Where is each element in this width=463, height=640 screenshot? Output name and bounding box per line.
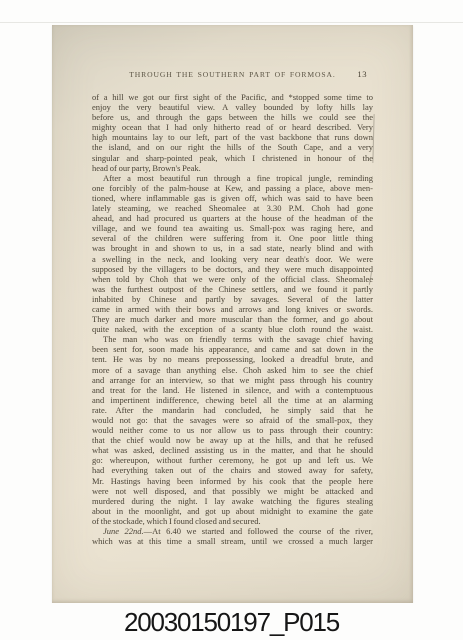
text-line: After a most beautiful run through a fin… (92, 173, 373, 183)
text-line: They are much darker and more muscular t… (92, 314, 373, 324)
book-page: THROUGH THE SOUTHERN PART OF FORMOSA. 13… (52, 25, 413, 603)
text-line: one forcibly of the palm-house at Kew, a… (92, 183, 373, 193)
text-line: enjoy the very beautiful view. A valley … (92, 102, 373, 112)
text-line: supposed by the villagers to be doctors,… (92, 264, 373, 274)
text-line: quite naked, with the exception of a sca… (92, 324, 373, 334)
text-line: Mr. Hastings having been informed by his… (92, 476, 373, 486)
text-line: had everything taken out of the chairs a… (92, 465, 373, 475)
text-line: more of a savage than anything else. Cho… (92, 365, 373, 375)
text-line: came in armed with their bows and arrows… (92, 304, 373, 314)
archive-label-text: 20030150197_P015 (124, 607, 339, 638)
text-line: singular and sharp-pointed peak, which I… (92, 153, 373, 163)
text-line: mighty ocean that I had only hitherto re… (92, 122, 373, 132)
text-line: several of the children were suffering f… (92, 233, 373, 243)
text-line: about in the moonlight, and got up about… (92, 506, 373, 516)
page-number: 13 (357, 69, 367, 79)
margin-pencil-mark (372, 114, 375, 163)
text-line: been sent for, soon made his appearance,… (92, 344, 373, 354)
text-line: were not well disposed, and that possibl… (92, 486, 373, 496)
text-line: tioned, where inflammable gas is given o… (92, 193, 373, 203)
text-line: of a hill we got our first sight of the … (92, 92, 373, 102)
page-header: THROUGH THE SOUTHERN PART OF FORMOSA. 13 (92, 70, 373, 82)
text-line: and impertinent indifference, chewing be… (92, 395, 373, 405)
text-line: was brought in and shown to us, in a sad… (92, 243, 373, 253)
text-line: and treat for the land. He listened in s… (92, 385, 373, 395)
text-line: what was asked, declined assisting us in… (92, 445, 373, 455)
text-line: and arrange for an interview, so that we… (92, 375, 373, 385)
text-line: would neither come to us nor allow us to… (92, 425, 373, 435)
text-line: murdered during the night. I lay awake w… (92, 496, 373, 506)
text-line: go: whereupon, without further ceremony,… (92, 455, 373, 465)
scan-background: THROUGH THE SOUTHERN PART OF FORMOSA. 13… (0, 0, 463, 640)
text-line: ahead, and had procured us quarters at t… (92, 213, 373, 223)
text-line: before us, and through the gaps between … (92, 112, 373, 122)
text-line: the island, and on our right the hills o… (92, 142, 373, 152)
text-line: The man who was on friendly terms with t… (92, 334, 373, 344)
archive-label-strip: 20030150197_P015 (0, 603, 463, 640)
running-title: THROUGH THE SOUTHERN PART OF FORMOSA. (92, 70, 373, 79)
text-line: rate. After the mandarin had concluded, … (92, 405, 373, 415)
text-line: inhabited by Chinese and partly by savag… (92, 294, 373, 304)
text-line: lately steaming, we reached Sheomalee at… (92, 203, 373, 213)
text-line: when told by Choh that we were only of t… (92, 274, 373, 284)
text-line: was the furthest outpost of the Chinese … (92, 284, 373, 294)
text-line: would not go: that the savages were so a… (92, 415, 373, 425)
text-line: head of our party, Brown's Peak. (92, 163, 373, 173)
text-line: that the chief would now be away up at t… (92, 435, 373, 445)
text-line: high mountains lay to our left, part of … (92, 132, 373, 142)
text-line: June 22nd.—At 6.40 we started and follow… (92, 526, 373, 536)
text-line: a swelling in the neck, and looking very… (92, 254, 373, 264)
text-line: village, and we found tea awaiting us. S… (92, 223, 373, 233)
body-text: of a hill we got our first sight of the … (92, 92, 373, 546)
text-line: tent. He was by no means prepossessing, … (92, 354, 373, 364)
text-line: of the stockade, which I found closed an… (92, 516, 373, 526)
text-line: which was at this time a small stream, u… (92, 536, 373, 546)
